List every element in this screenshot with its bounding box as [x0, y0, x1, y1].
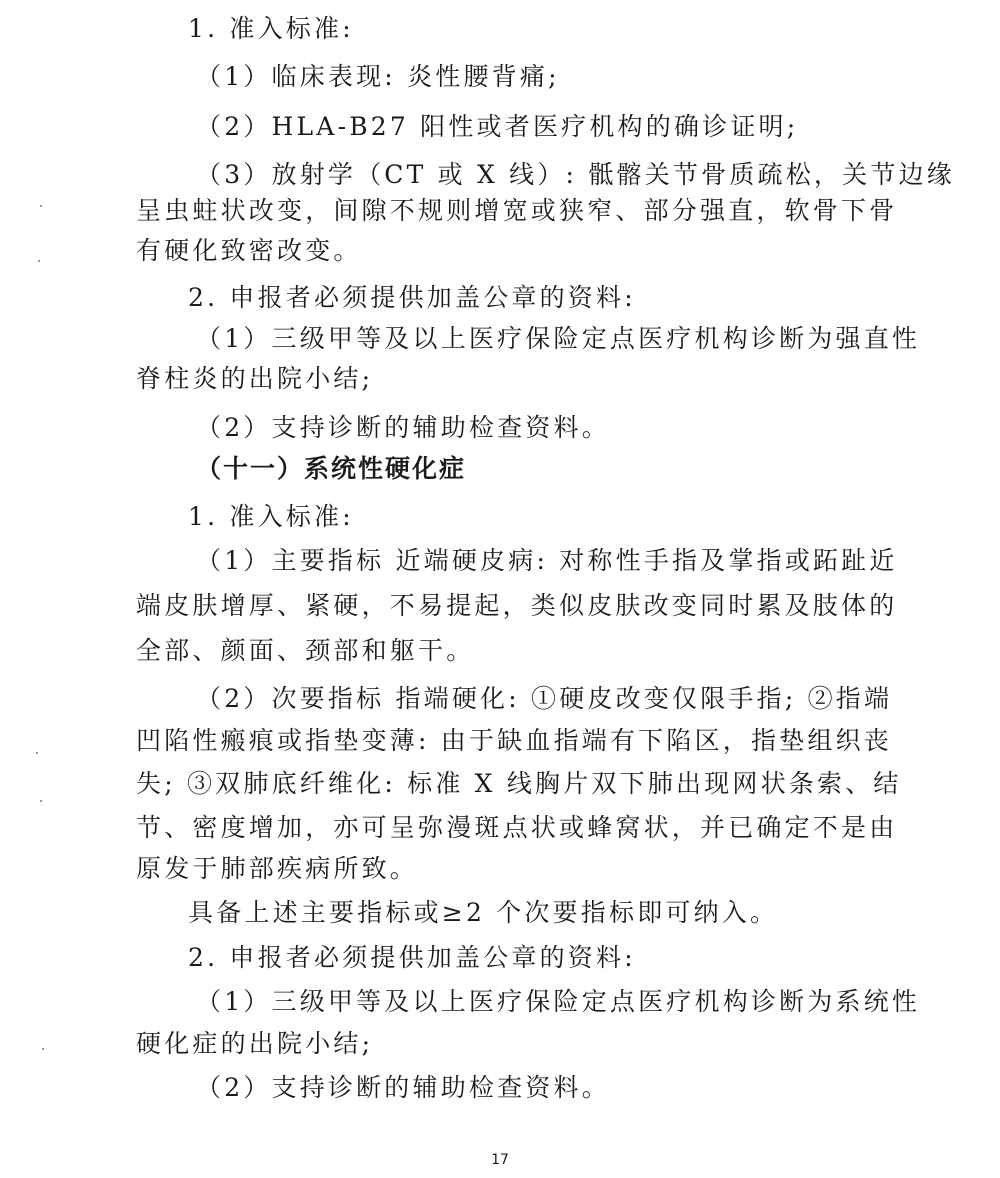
- paragraph-line: 原发于肺部疾病所致。: [136, 854, 876, 884]
- paragraph-line: 有硬化致密改变。: [136, 236, 876, 266]
- materials-item: （1）三级甲等及以上医疗保险定点医疗机构诊断为系统性: [196, 987, 936, 1017]
- summary-line: 具备上述主要指标或≥2 个次要指标即可纳入。: [188, 898, 928, 928]
- scan-artifact: [40, 800, 42, 802]
- criteria-item: （2）HLA-B27 阳性或者医疗机构的确诊证明;: [196, 112, 936, 142]
- paragraph-line: 凹陷性瘢痕或指垫变薄: 由于缺血指端有下陷区，指垫组织丧: [136, 726, 876, 756]
- page-number: 17: [0, 1152, 1000, 1168]
- scan-artifact: [40, 205, 42, 207]
- criteria-item: （1）临床表现: 炎性腰背痛;: [196, 62, 936, 92]
- criteria-item: （2）次要指标 指端硬化: ①硬皮改变仅限手指; ②指端: [196, 684, 936, 714]
- criteria-item: （1）主要指标 近端硬皮病: 对称性手指及掌指或跖趾近: [196, 546, 936, 576]
- materials-item: （2）支持诊断的辅助检查资料。: [196, 1073, 936, 1103]
- materials-item: （1）三级甲等及以上医疗保险定点医疗机构诊断为强直性: [196, 324, 936, 354]
- paragraph-line: 端皮肤增厚、紧硬，不易提起，类似皮肤改变同时累及肢体的: [136, 591, 876, 621]
- paragraph-line: 节、密度增加，亦可呈弥漫斑点状或蜂窝状，并已确定不是由: [136, 813, 876, 843]
- criteria-heading: 1. 准入标准:: [188, 502, 928, 532]
- criteria-heading: 1. 准入标准:: [188, 14, 928, 44]
- scan-artifact: [42, 1048, 44, 1050]
- criteria-item: （3）放射学（CT 或 X 线）: 骶髂关节骨质疏松，关节边缘: [196, 160, 936, 190]
- materials-heading: 2. 申报者必须提供加盖公章的资料:: [188, 943, 928, 973]
- section-heading: （十一）系统性硬化症: [196, 454, 936, 484]
- scan-artifact: [38, 260, 40, 262]
- paragraph-line: 硬化症的出院小结;: [136, 1029, 876, 1059]
- paragraph-line: 呈虫蛀状改变，间隙不规则增宽或狭窄、部分强直，软骨下骨: [136, 196, 876, 226]
- paragraph-line: 全部、颜面、颈部和躯干。: [136, 636, 876, 666]
- paragraph-line: 失; ③双肺底纤维化: 标准 X 线胸片双下肺出现网状条索、结: [136, 769, 876, 799]
- scan-artifact: [36, 752, 38, 754]
- materials-heading: 2. 申报者必须提供加盖公章的资料:: [188, 283, 928, 313]
- document-page: 1. 准入标准: （1）临床表现: 炎性腰背痛; （2）HLA-B27 阳性或者…: [0, 0, 1000, 1178]
- materials-item: （2）支持诊断的辅助检查资料。: [196, 413, 936, 443]
- paragraph-line: 脊柱炎的出院小结;: [136, 364, 876, 394]
